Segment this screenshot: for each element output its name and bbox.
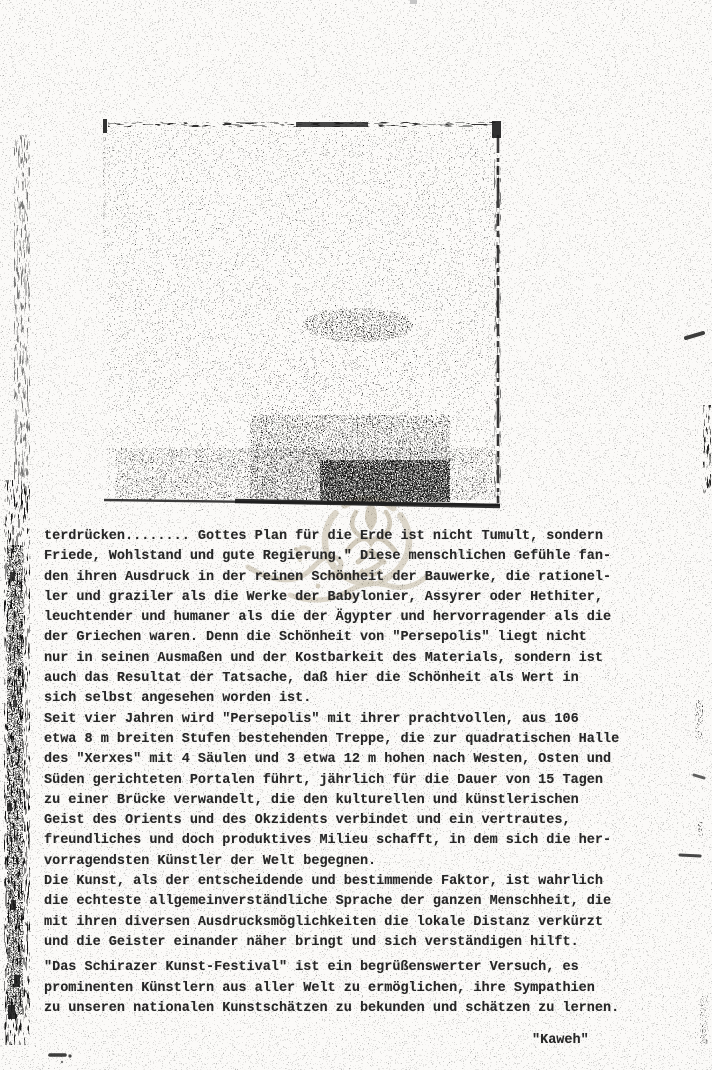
top-edge-speck [410, 0, 417, 4]
signature-kaweh: "Kaweh" [44, 1031, 619, 1051]
right-edge-slash [686, 333, 703, 338]
paragraph-4: "Das Schirazer Kunst-Festival" ist ein b… [44, 958, 619, 1019]
document-text: terdrücken........ Gottes Plan für die E… [44, 527, 619, 1051]
left-scan-band-lower [4, 480, 30, 1045]
paragraph-2: Seit vier Jahren wird "Persepolis" mit i… [44, 710, 619, 872]
bottom-left-remnant [50, 1054, 72, 1063]
right-margin-dash [680, 855, 700, 856]
right-edge-streaks [703, 405, 711, 495]
photo-area [104, 122, 498, 504]
paragraph-3: Die Kunst, als der entscheidende und bes… [44, 872, 619, 953]
paragraph-1: terdrücken........ Gottes Plan für die E… [44, 527, 619, 710]
left-scan-band-upper [14, 135, 30, 485]
scanned-document-page: terdrücken........ Gottes Plan für die E… [0, 0, 712, 1070]
